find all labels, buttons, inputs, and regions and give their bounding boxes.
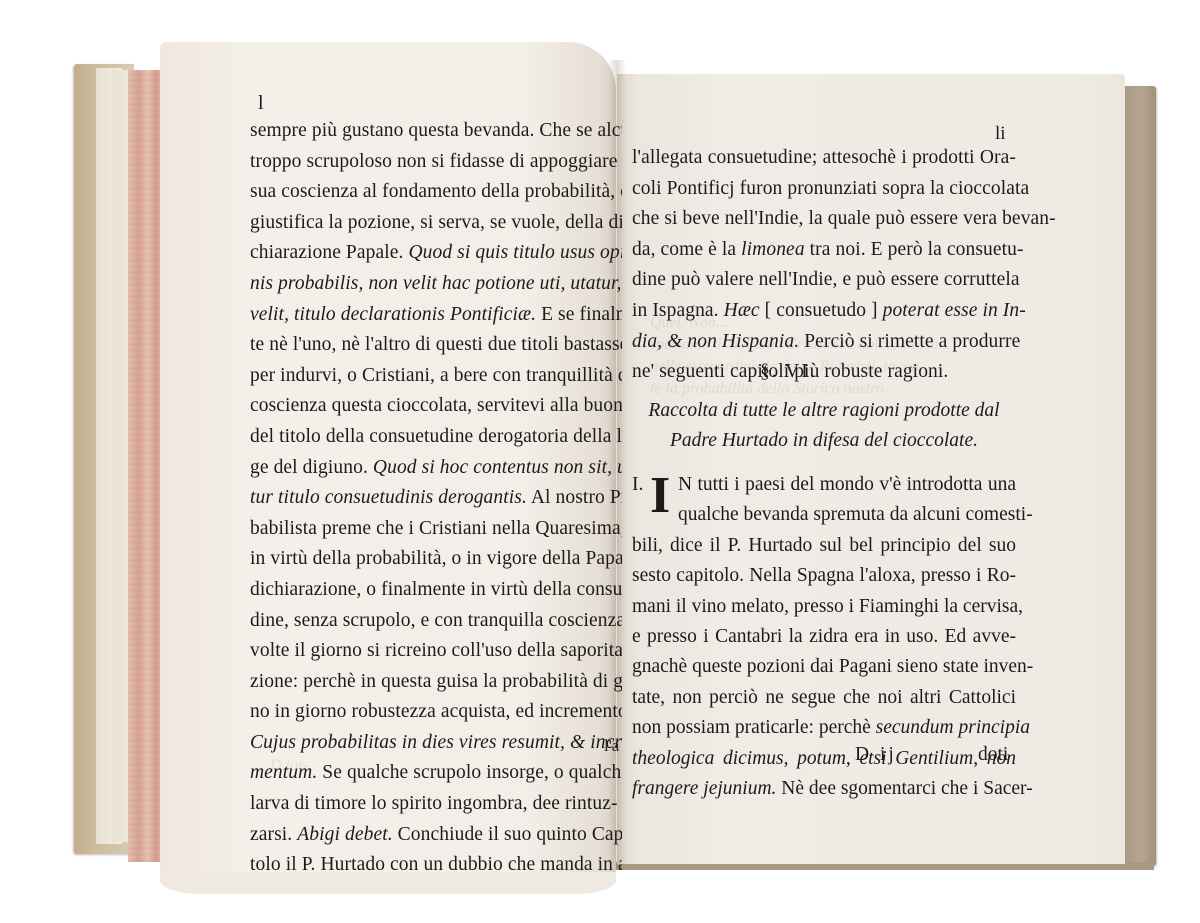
text-line: tolo il P. Hurtado con un dubbio che man… [250,850,622,881]
text-line: dine, senza scrupolo, e con tranquilla c… [250,606,622,637]
text-line: no in giorno robustezza acquista, ed inc… [250,697,622,728]
text-line: mentum. Se qualche scrupolo insorge, o q… [250,758,622,789]
text-line: coli Pontificj furon pronunziati sopra l… [632,174,1016,205]
text-line: dine può valere nell'Indie, e può essere… [632,265,1016,296]
text-line: da, come è la limonea tra noi. E però la… [632,235,1016,266]
text-line: larva di timore lo spirito ingombra, dee… [250,789,622,820]
text-line: sesto capitolo. Nella Spagna l'aloxa, pr… [632,561,1016,591]
text-line: in Ispagna. Hæc [ consuetudo ] poterat e… [632,296,1016,327]
text-line: sua coscienza al fondamento della probab… [250,177,622,208]
section-title: Raccolta di tutte le altre ragioni prodo… [632,396,1016,456]
text-line: tur titulo consuetudinis derogantis. Al … [250,483,622,514]
left-page-body: sempre più gustano questa bevanda. Che s… [250,96,622,881]
text-line: gnachè queste pozioni dai Pagani sieno s… [632,652,1016,682]
text-line: sempre più gustano questa bevanda. Che s… [250,116,622,147]
text-line: tate, non perciò ne segue che noi altri … [632,683,1016,713]
text-line: dichiarazione, o finalmente in virtù del… [250,575,622,606]
book-cover-right [1120,86,1156,866]
section-heading: §. VI. [760,361,817,383]
text-line: coscienza questa cioccolata, servitevi a… [250,391,622,422]
text-line: theologica dicimus, potum, etsi Gentiliu… [632,744,1016,774]
text-line: mani il vino melato, presso i Fiaminghi … [632,592,1016,622]
text-line: babilista preme che i Cristiani nella Qu… [250,514,622,545]
paragraph-one: I.N tutti i paesi del mondo v'è introdot… [632,470,1016,804]
text-line: giustifica la pozione, si serva, se vuol… [250,208,622,239]
text-line: chiarazione Papale. Quod si quis titulo … [250,238,622,269]
left-page-catchword: l'a [604,736,619,756]
text-line: bili, dice il P. Hurtado sul bel princip… [632,531,1016,561]
text-line: l'allegata consuetudine; attesochè i pro… [632,143,1016,174]
section-title-line: Raccolta di tutte le altre ragioni prodo… [632,396,1016,426]
paragraph-number: I. [632,470,656,500]
right-page-folio: li [995,123,1006,145]
text-line: ne' seguenti capitoli più robuste ragion… [632,357,1016,388]
text-line: ge del digiuno. Quod si hoc contentus no… [250,453,622,484]
right-page-catchword: doti [978,744,1008,766]
text-line: velit, titulo declarationis Pontificiæ. … [250,300,622,331]
text-line: zione: perchè in questa guisa la probabi… [250,667,622,698]
right-page-body: l'allegata consuetudine; attesochè i pro… [632,143,1016,388]
text-line: nis probabilis, non velit hac potione ut… [250,269,622,300]
text-line: dia, & non Hispania. Perciò si rimette a… [632,327,1016,358]
text-line: del titolo della consuetudine derogatori… [250,422,622,453]
text-line: non possiam praticarle: perchè secundum … [632,713,1016,743]
text-line: per indurvi, o Cristiani, a bere con tra… [250,361,622,392]
text-line: in virtù della probabilità, o in vigore … [250,544,622,575]
text-line: che si beve nell'Indie, la quale può ess… [632,204,1016,235]
section-title-line: Padre Hurtado in difesa del cioccolate. [632,426,1016,456]
text-line: I.N tutti i paesi del mondo v'è introdot… [632,470,1016,500]
text-line: frangere jejunium. Nè dee sgomentarci ch… [632,774,1016,804]
text-line: e presso i Cantabri la zidra era in uso.… [632,622,1016,652]
signature-mark: D ij [855,744,897,766]
text-line: te nè l'uno, nè l'altro di questi due ti… [250,330,622,361]
text-line: Cujus probabilitas in dies vires resumit… [250,728,622,759]
text-line: zarsi. Abigi debet. Conchiude il suo qui… [250,820,622,851]
red-sprinkled-edge [128,70,164,862]
text-line: troppo scrupoloso non si fidasse di appo… [250,147,622,178]
text-line: volte il giorno si ricreino coll'uso del… [250,636,622,667]
text-line: qualche bevanda spremuta da alcuni comes… [632,500,1016,530]
